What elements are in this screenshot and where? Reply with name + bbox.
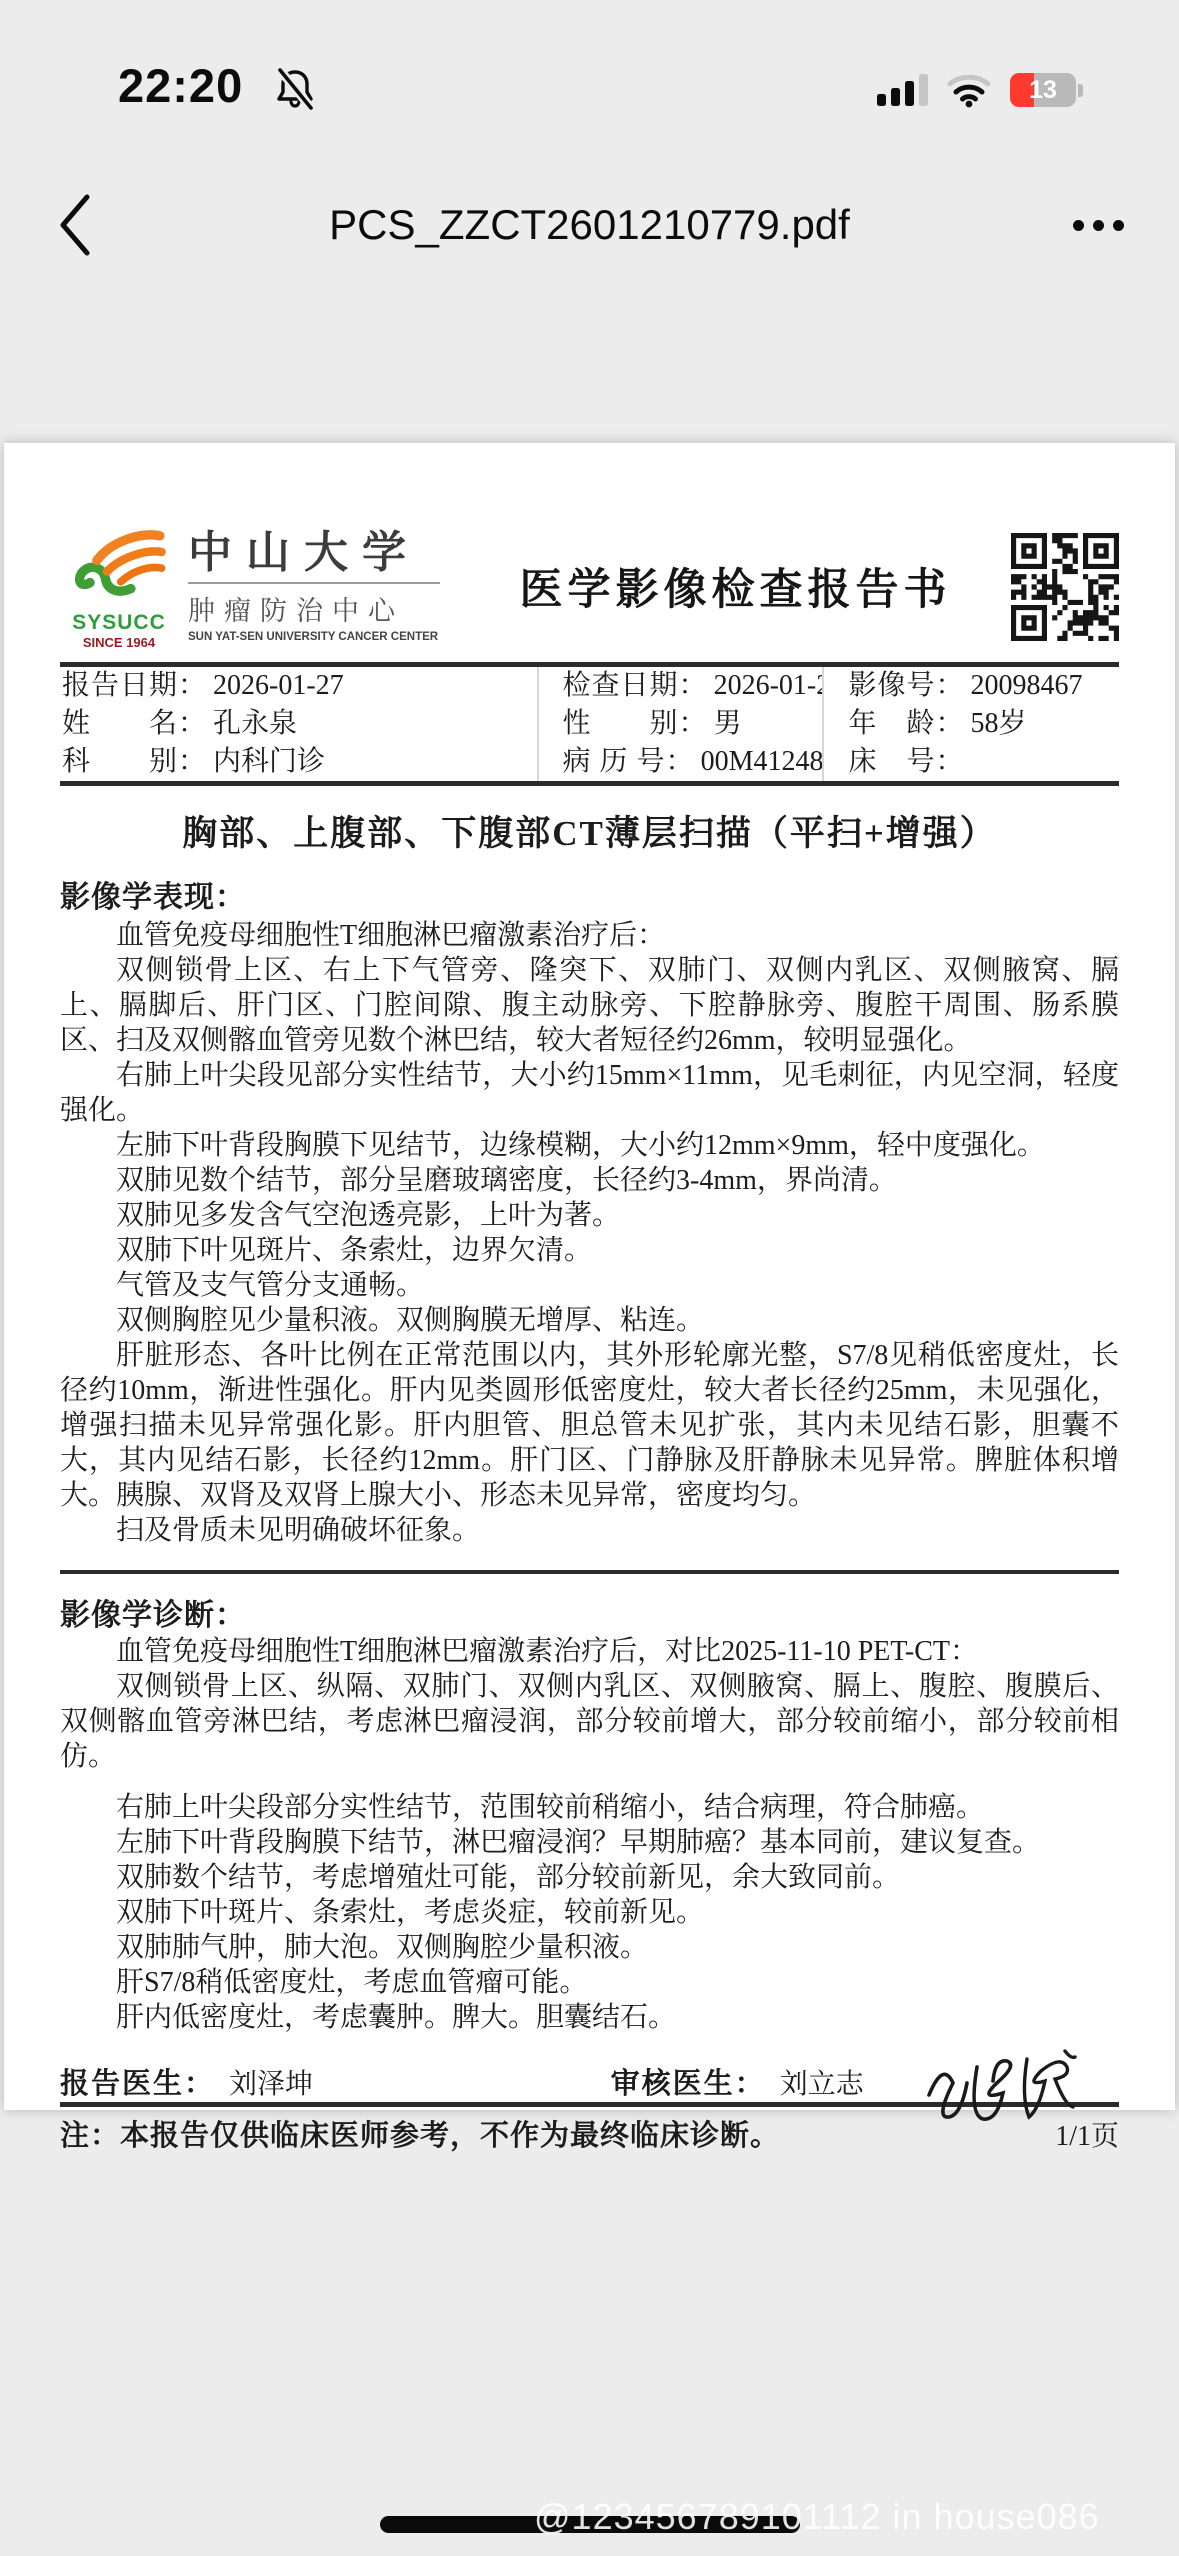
report-title: 医学影像检查报告书	[460, 556, 1011, 617]
document-title: PCS_ZZCT2601210779.pdf	[140, 150, 1039, 300]
status-time: 22:20	[118, 58, 243, 113]
diagnosis-group-b: 右肺上叶尖段部分实性结节，范围较前稍缩小，结合病理，符合肺癌。 左肺下叶背段胸膜…	[60, 1790, 1119, 2035]
age-cell: 年 龄：58岁	[822, 705, 1119, 743]
watermark-text: @123456789101112 in house086	[534, 2496, 1100, 2538]
diagnosis-heading: 影像学诊断：	[60, 1590, 1119, 1634]
findings-section: 血管免疫母细胞性T细胞淋巴瘤激素治疗后： 双侧锁骨上区、右上下气管旁、隆突下、双…	[60, 918, 1119, 1548]
findings-paragraph: 双侧锁骨上区、右上下气管旁、隆突下、双肺门、双侧内乳区、双侧腋窝、膈上、膈脚后、…	[60, 953, 1119, 1058]
diagnosis-paragraph: 双肺肺气肿，肺大泡。双侧胸腔少量积液。	[60, 1930, 1119, 1965]
findings-heading: 影像学表现：	[60, 872, 1119, 916]
exam-title: 胸部、上腹部、下腹部CT薄层扫描（平扫+增强）	[60, 806, 1119, 856]
ellipsis-icon	[1073, 220, 1084, 231]
doctors-row: 报告医生： 刘泽坤 审核医生： 刘立志	[60, 2061, 1119, 2102]
patient-info-table: 报告日期：2026-01-27 检查日期：2026-01-26 影像号：2009…	[60, 662, 1119, 786]
department-cell: 科 别：内科门诊	[60, 743, 537, 781]
battery-percent: 13	[1010, 73, 1076, 107]
findings-paragraph: 右肺上叶尖段见部分实性结节，大小约15mm×11mm，见毛刺征，内见空洞，轻度强…	[60, 1058, 1119, 1128]
sysucc-logo: SYSUCC SINCE 1964	[60, 523, 178, 650]
sysucc-logo-icon	[67, 523, 171, 615]
battery-icon: 13	[1010, 73, 1076, 107]
battery-nub	[1078, 84, 1083, 97]
findings-paragraph: 血管免疫母细胞性T细胞淋巴瘤激素治疗后：	[60, 918, 1119, 953]
diagnosis-paragraph: 双肺数个结节，考虑增殖灶可能，部分较前新见，余大致同前。	[60, 1860, 1119, 1895]
hospital-logo-block: SYSUCC SINCE 1964 中山大学 肿瘤防治中心 SUN YAT-SE…	[60, 523, 460, 650]
chevron-left-icon	[55, 192, 93, 258]
findings-paragraph: 双侧胸腔见少量积液。双侧胸膜无增厚、粘连。	[60, 1303, 1119, 1338]
diagnosis-paragraph: 双侧锁骨上区、纵隔、双肺门、双侧内乳区、双侧腋窝、膈上、腹腔、腹膜后、双侧髂血管…	[60, 1669, 1119, 1774]
findings-paragraph: 气管及支气管分支通畅。	[60, 1268, 1119, 1303]
findings-paragraph: 左肺下叶背段胸膜下见结节，边缘模糊，大小约12mm×9mm，轻中度强化。	[60, 1128, 1119, 1163]
hospital-dept-cn: 肿瘤防治中心	[188, 589, 404, 628]
report-header: SYSUCC SINCE 1964 中山大学 肿瘤防治中心 SUN YAT-SE…	[60, 523, 1119, 650]
hospital-name-en: SUN YAT-SEN UNIVERSITY CANCER CENTER	[188, 631, 438, 643]
logo-divider	[188, 582, 440, 584]
diagnosis-paragraph: 血管免疫母细胞性T细胞淋巴瘤激素治疗后，对比2025-11-10 PET-CT：	[60, 1634, 1119, 1669]
diagnosis-paragraph: 肝内低密度灶，考虑囊肿。脾大。胆囊结石。	[60, 2000, 1119, 2035]
pdf-page: SYSUCC SINCE 1964 中山大学 肿瘤防治中心 SUN YAT-SE…	[4, 443, 1175, 2110]
qr-code	[1011, 533, 1119, 641]
section-divider	[60, 1570, 1119, 1574]
diagnosis-paragraph: 双肺下叶斑片、条索灶，考虑炎症，较前新见。	[60, 1895, 1119, 1930]
findings-paragraph: 双肺见数个结节，部分呈磨玻璃密度，长径约3-4mm，界尚清。	[60, 1163, 1119, 1198]
cellular-signal-icon	[877, 74, 928, 106]
report-doctor: 报告医生： 刘泽坤	[60, 2061, 313, 2102]
report-date-cell: 报告日期：2026-01-27	[60, 667, 537, 705]
back-button[interactable]	[44, 186, 104, 264]
diagnosis-paragraph: 左肺下叶背段胸膜下结节，淋巴瘤浸润？早期肺癌？基本同前，建议复查。	[60, 1825, 1119, 1860]
image-number-cell: 影像号：20098467	[822, 667, 1119, 705]
status-bar: 22:20 13	[0, 0, 1179, 135]
diagnosis-paragraph: 右肺上叶尖段部分实性结节，范围较前稍缩小，结合病理，符合肺癌。	[60, 1790, 1119, 1825]
diagnosis-paragraph: 肝S7/8稍低密度灶，考虑血管瘤可能。	[60, 1965, 1119, 2000]
gender-cell: 性 别：男	[537, 705, 823, 743]
hospital-name-cn: 中山大学	[188, 530, 420, 576]
patient-name-cell: 姓 名：孔永泉	[60, 705, 537, 743]
logo-since: SINCE 1964	[83, 635, 155, 650]
exam-date-cell: 检查日期：2026-01-26	[537, 667, 823, 705]
findings-paragraph: 双肺见多发含气空泡透亮影，上叶为著。	[60, 1198, 1119, 1233]
more-options-button[interactable]	[1053, 186, 1143, 264]
pdf-viewer-navbar: PCS_ZZCT2601210779.pdf	[0, 150, 1179, 300]
bell-slash-icon	[272, 66, 318, 112]
review-doctor: 审核医生： 刘立志	[611, 2061, 864, 2102]
record-number-cell: 病 历 号：00M4124856	[537, 743, 823, 781]
findings-paragraph: 肝脏形态、各叶比例在正常范围以内，其外形轮廓光整，S7/8见稍低密度灶，长径约1…	[60, 1338, 1119, 1513]
bed-number-cell: 床 号：	[822, 743, 1119, 781]
disclaimer-note: 注：本报告仅供临床医师参考，不作为最终临床诊断。	[60, 2113, 780, 2154]
logo-acronym: SYSUCC	[72, 611, 166, 635]
diagnosis-section: 血管免疫母细胞性T细胞淋巴瘤激素治疗后，对比2025-11-10 PET-CT：…	[60, 1634, 1119, 2035]
hospital-names: 中山大学 肿瘤防治中心 SUN YAT-SEN UNIVERSITY CANCE…	[188, 530, 440, 642]
findings-paragraph: 扫及骨质未见明确破坏征象。	[60, 1513, 1119, 1548]
wifi-icon	[946, 72, 992, 108]
findings-paragraph: 双肺下叶见斑片、条索灶，边界欠清。	[60, 1233, 1119, 1268]
doctor-signature	[899, 2033, 1109, 2143]
